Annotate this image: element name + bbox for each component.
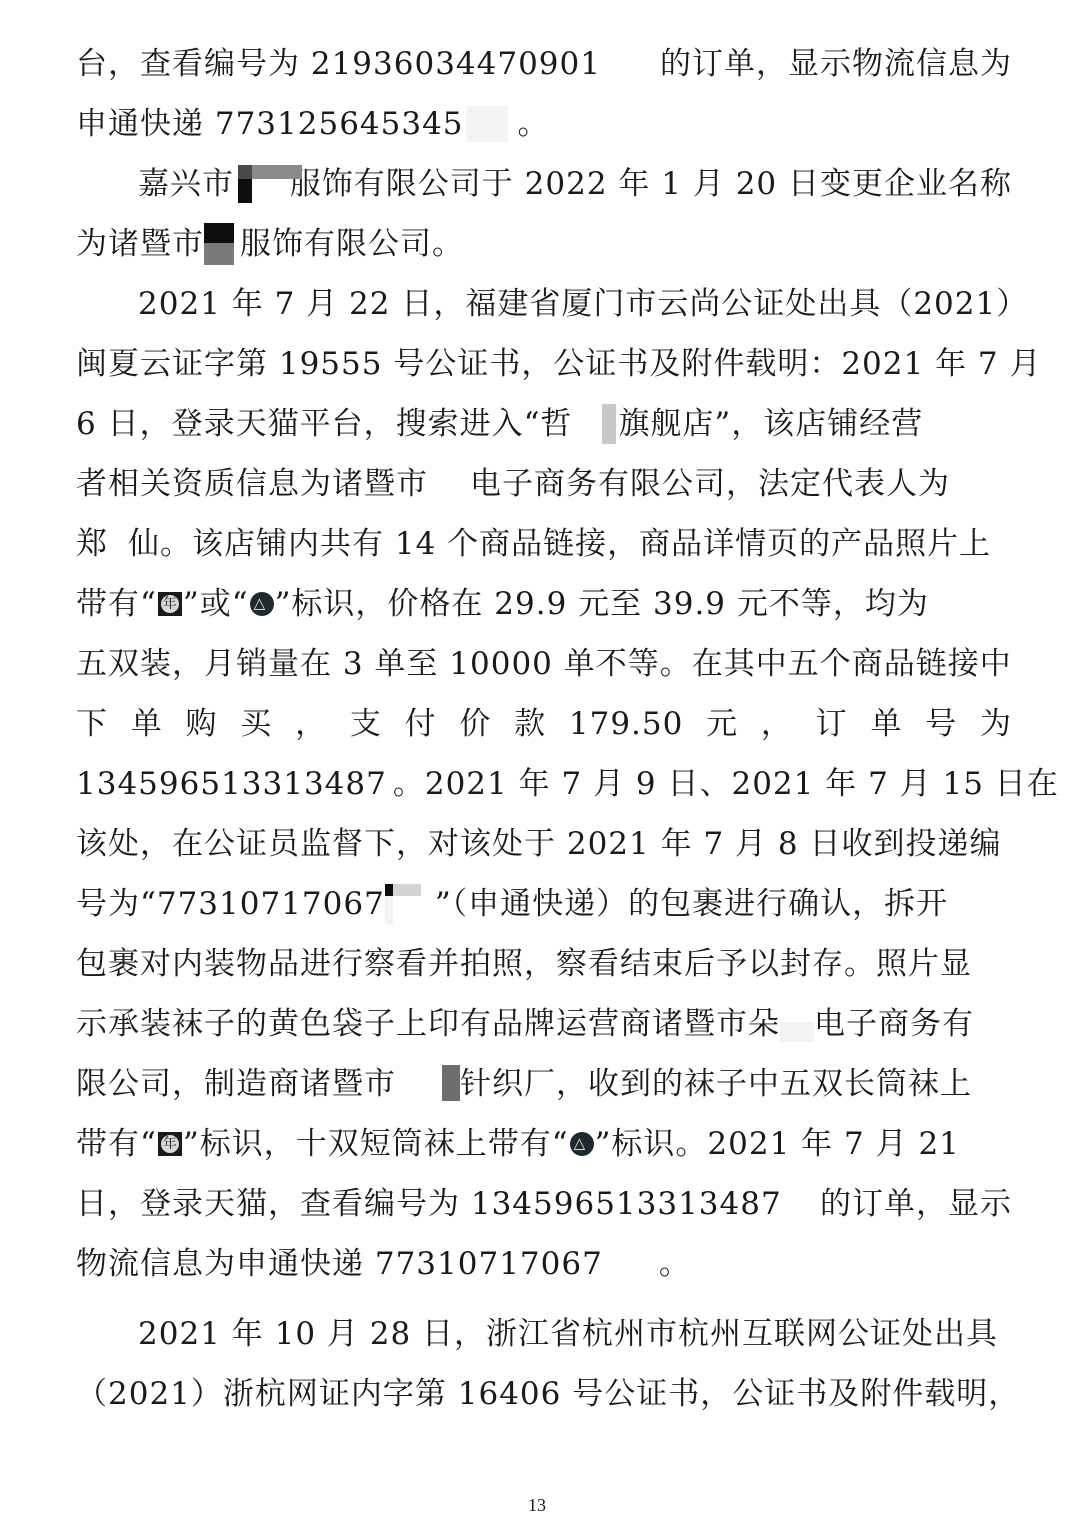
document-page: 台，查看编号为 21936034470901 的订单，显示物流信息为 申通快递 … <box>0 0 1074 1520</box>
text-segment: 限公司，制造商诸暨市 <box>76 1064 396 1104</box>
text-segment: 为 <box>980 704 1012 744</box>
text-line: 包裹对内装物品进行察看并拍照，察看结束后予以封存。照片显 <box>76 944 1012 984</box>
text-segment: 针织厂，收到的袜子中五双长筒袜上 <box>460 1064 972 1104</box>
redaction-block <box>466 106 508 142</box>
redaction-block <box>238 165 286 203</box>
text-line: 该处，在公证员监督下，对该处于 2021 年 7 月 8 日收到投递编 <box>76 824 1012 864</box>
text-segment: 订 <box>816 704 848 744</box>
text-line: 2021 年 10 月 28 日，浙江省杭州市杭州互联网公证处出具 <box>138 1314 1012 1354</box>
circle-triangle-icon <box>250 592 274 616</box>
page-number: 13 <box>0 1494 1074 1516</box>
text-segment: 嘉兴市 <box>138 164 234 204</box>
text-segment: 示承装袜子的黄色袋子上印有品牌运营商诸暨市朵 <box>76 1004 780 1044</box>
text-segment: 物流信息为申通快递 77310717067 <box>76 1244 603 1284</box>
text-segment: 的订单，显示 <box>820 1184 1012 1224</box>
text-line: 郑 仙。该店铺内共有 14 个商品链接，商品详情页的产品照片上 <box>76 524 1012 564</box>
text-segment: 2021 年 10 月 28 日，浙江省杭州市杭州互联网公证处出具 <box>138 1314 998 1354</box>
text-segment: 下 <box>76 704 108 744</box>
redaction-block <box>602 404 616 444</box>
text-segment: 带有“ <box>76 1124 157 1164</box>
text-segment: 台，查看编号为 21936034470901 <box>76 44 601 84</box>
text-segment: ， <box>761 704 793 744</box>
redaction-block <box>396 1065 460 1103</box>
text-line: 限公司，制造商诸暨市 针织厂，收到的袜子中五双长筒袜上 <box>76 1064 1012 1104</box>
text-line: 闽夏云证字第 19555 号公证书，公证书及附件载明：2021 年 7 月 <box>76 344 1012 384</box>
square-badge-icon <box>158 1132 182 1156</box>
text-segment: 。 <box>659 1244 691 1284</box>
text-line: 13459651331348​7 。2021 年 7 月 9 日、2021 年 … <box>76 764 1012 804</box>
text-line: 者相关资质信息为诸暨市 电子商务有限公司，法定代表人为 <box>76 464 1012 504</box>
text-segment: 单 <box>131 704 163 744</box>
text-segment: 该处，在公证员监督下，对该处于 2021 年 7 月 8 日收到投递编 <box>76 824 1001 864</box>
text-segment: ”标识，十双短筒袜上带有“ <box>183 1124 569 1164</box>
text-segment: 为诸暨市 <box>76 224 204 264</box>
text-segment: 包裹对内装物品进行察看并拍照，察看结束后予以封存。照片显 <box>76 944 972 984</box>
text-segment: 仙。该店铺内共有 14 个商品链接，商品详情页的产品照片上 <box>128 524 991 564</box>
text-segment: 闽夏云证字第 19555 号公证书，公证书及附件载明：2021 年 7 月 <box>76 344 1042 384</box>
text-line: 申通快递 773125645345 。 <box>76 104 1012 144</box>
text-segment: 者相关资质信息为诸暨市 <box>76 464 428 504</box>
text-segment: 申通快递 773125645345 <box>76 104 464 144</box>
text-segment: 2021 年 7 月 22 日，福建省厦门市云尚公证处出具（2021） <box>138 284 1028 324</box>
text-segment: ， <box>295 704 327 744</box>
text-segment: 单 <box>870 704 902 744</box>
text-line: 日，登录天猫，查看编号为 13459651331348​7 的订单，显示 <box>76 1184 1012 1224</box>
redaction-block <box>780 1022 814 1042</box>
text-line: 2021 年 7 月 22 日，福建省厦门市云尚公证处出具（2021） <box>138 284 1012 324</box>
text-line: 号为“77310717067 ”（申通快递）的包裹进行确认，拆开 <box>76 884 1012 924</box>
text-segment: ”（申通快递）的包裹进行确认，拆开 <box>435 884 948 924</box>
redaction-block <box>385 884 435 924</box>
text-segment: 服饰有限公司于 2022 年 1 月 20 日变更企业名称 <box>290 164 1012 204</box>
text-segment: ”或“ <box>183 584 249 624</box>
text-segment: 款 <box>514 704 546 744</box>
text-line: 下 单 购 买 ， 支 付 价 款 179.50 元 ， 订 单 号 为 <box>76 704 1012 744</box>
text-segment: 买 <box>240 704 272 744</box>
text-segment: 元 <box>706 704 738 744</box>
text-segment: 。 <box>518 104 550 144</box>
text-segment: ”标识，价格在 29.9 元至 39.9 元不等，均为 <box>275 584 929 624</box>
text-line: （2021）浙杭网证内字第 16406 号公证书，公证书及附件载明， <box>76 1374 1012 1414</box>
text-segment: 购 <box>186 704 218 744</box>
redaction-block <box>204 223 234 265</box>
text-segment: 付 <box>405 704 437 744</box>
text-line: 五双装，月销量在 3 单至 10000 单不等。在其中五个商品链接中 <box>76 644 1012 684</box>
text-segment: 日，登录天猫，查看编号为 13459651331348​7 <box>76 1184 782 1224</box>
text-segment: 价 <box>459 704 491 744</box>
text-segment: ”标识。2021 年 7 月 21 <box>595 1124 960 1164</box>
text-segment: （2021）浙杭网证内字第 16406 号公证书，公证书及附件载明， <box>76 1374 1020 1414</box>
text-line: 带有“ ”标识，十双短筒袜上带有“ ”标识。2021 年 7 月 21 <box>76 1124 1012 1164</box>
text-segment: 。2021 年 7 月 9 日、2021 年 7 月 15 日在 <box>393 764 1059 804</box>
text-line: 带有“ ”或“ ”标识，价格在 29.9 元至 39.9 元不等，均为 <box>76 584 1012 624</box>
circle-triangle-icon <box>570 1132 594 1156</box>
square-badge-icon <box>158 592 182 616</box>
text-segment: 6 日，登录天猫平台，搜索进入“哲 <box>76 404 572 444</box>
text-segment: 179.50 <box>569 704 683 744</box>
text-segment: 旗舰店”，该店铺经营 <box>618 404 923 444</box>
text-line: 示承装袜子的黄色袋子上印有品牌运营商诸暨市朵 电子商务有 <box>76 1004 1012 1044</box>
text-segment: 电子商务有限公司，法定代表人为 <box>470 464 950 504</box>
text-segment: 13459651331348​7 <box>76 764 387 804</box>
text-segment: 电子商务有 <box>814 1004 974 1044</box>
text-line: 为诸暨市 服饰有限公司。 <box>76 224 1012 264</box>
text-segment: 五双装，月销量在 3 单至 10000 单不等。在其中五个商品链接中 <box>76 644 1012 684</box>
text-segment: 号为“77310717067 <box>76 884 385 924</box>
text-line: 6 日，登录天猫平台，搜索进入“哲 旗舰店”，该店铺经营 <box>76 404 1012 444</box>
text-segment: 号 <box>925 704 957 744</box>
text-segment: 带有“ <box>76 584 157 624</box>
text-line: 物流信息为申通快递 77310717067 。 <box>76 1244 1012 1284</box>
text-segment: 的订单，显示物流信息为 <box>660 44 1012 84</box>
text-segment: 郑 <box>76 524 108 564</box>
text-line: 嘉兴市 服饰有限公司于 2022 年 1 月 20 日变更企业名称 <box>138 164 1012 204</box>
text-segment: 服饰有限公司。 <box>240 224 464 264</box>
text-line: 台，查看编号为 21936034470901 的订单，显示物流信息为 <box>76 44 1012 84</box>
text-segment: 支 <box>350 704 382 744</box>
